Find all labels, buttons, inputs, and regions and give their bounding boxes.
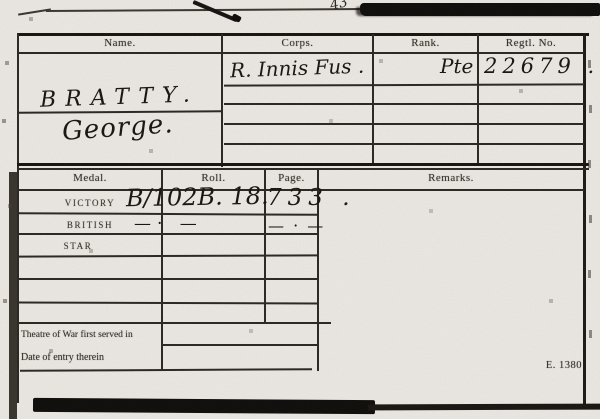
corps-entry: R. Innis Fus .: [230, 54, 365, 83]
scan-artifact: [588, 160, 591, 168]
scan-artifact: [588, 60, 591, 68]
pen-stroke-tip: [231, 13, 242, 23]
scanner-shadow-bottom-right: [368, 404, 600, 411]
paper-specks: [0, 0, 2, 2]
victory-page-entry: 733 .: [267, 185, 356, 211]
regtl-no-entry: 22679 .: [484, 54, 599, 78]
scan-artifact: [589, 105, 592, 113]
corps-row-line-3: [224, 123, 584, 125]
date-underline: [20, 368, 312, 372]
row-line-british: [18, 233, 319, 235]
row-line-4: [18, 278, 319, 280]
corps-row-line-2: [224, 103, 584, 105]
medal-column-header: Medal.: [18, 172, 162, 184]
british-roll-entry: —· —: [134, 214, 203, 234]
corps-row-line-4: [224, 143, 584, 145]
table-border-top: [18, 33, 589, 36]
column-header-name: Name.: [18, 37, 222, 49]
card-left-dark-band: [9, 172, 17, 419]
scan-artifact: [589, 330, 592, 338]
row-line-5: [18, 301, 319, 304]
mid-boundary-line-2: [17, 168, 589, 170]
victory-roll-entry: B/102B. 18.: [126, 182, 269, 212]
card-top-edge-corner: [18, 8, 51, 15]
forename-entry: George.: [61, 109, 174, 147]
scan-artifact: [589, 215, 592, 223]
medal-row-star-label: STAR: [18, 241, 138, 251]
scan-artifact: [588, 270, 591, 278]
remarks-column-header: Remarks.: [318, 172, 584, 184]
theatre-of-war-label: Theatre of War first served in: [21, 330, 161, 340]
scanner-shadow-top: [360, 3, 600, 16]
corps-row-line-1: [224, 83, 584, 86]
form-number: E. 1380: [520, 360, 582, 371]
table-border-right: [583, 33, 586, 404]
column-header-corps: Corps.: [222, 37, 373, 49]
table-border-left: [17, 33, 19, 403]
pen-scribble: 43: [328, 0, 349, 14]
date-of-entry-label: Date of entry therein: [21, 352, 161, 363]
column-header-rank: Rank.: [373, 37, 478, 49]
mid-boundary-line-1: [17, 163, 589, 166]
page-column-header: Page.: [265, 172, 318, 184]
medal-index-card-scan: 43 Name. Corps. Rank. Regtl. No. BRATTY.…: [0, 0, 600, 419]
divider-name-corps: [221, 34, 223, 167]
surname-entry: BRATTY.: [40, 82, 200, 113]
rank-entry: Pte: [440, 54, 473, 78]
column-header-regtl-no: Regtl. No.: [478, 37, 584, 49]
row-line-star: [18, 254, 319, 257]
theatre-underline: [162, 344, 318, 346]
scanner-shadow-bottom-left: [33, 398, 375, 414]
row-line-6: [18, 322, 331, 324]
